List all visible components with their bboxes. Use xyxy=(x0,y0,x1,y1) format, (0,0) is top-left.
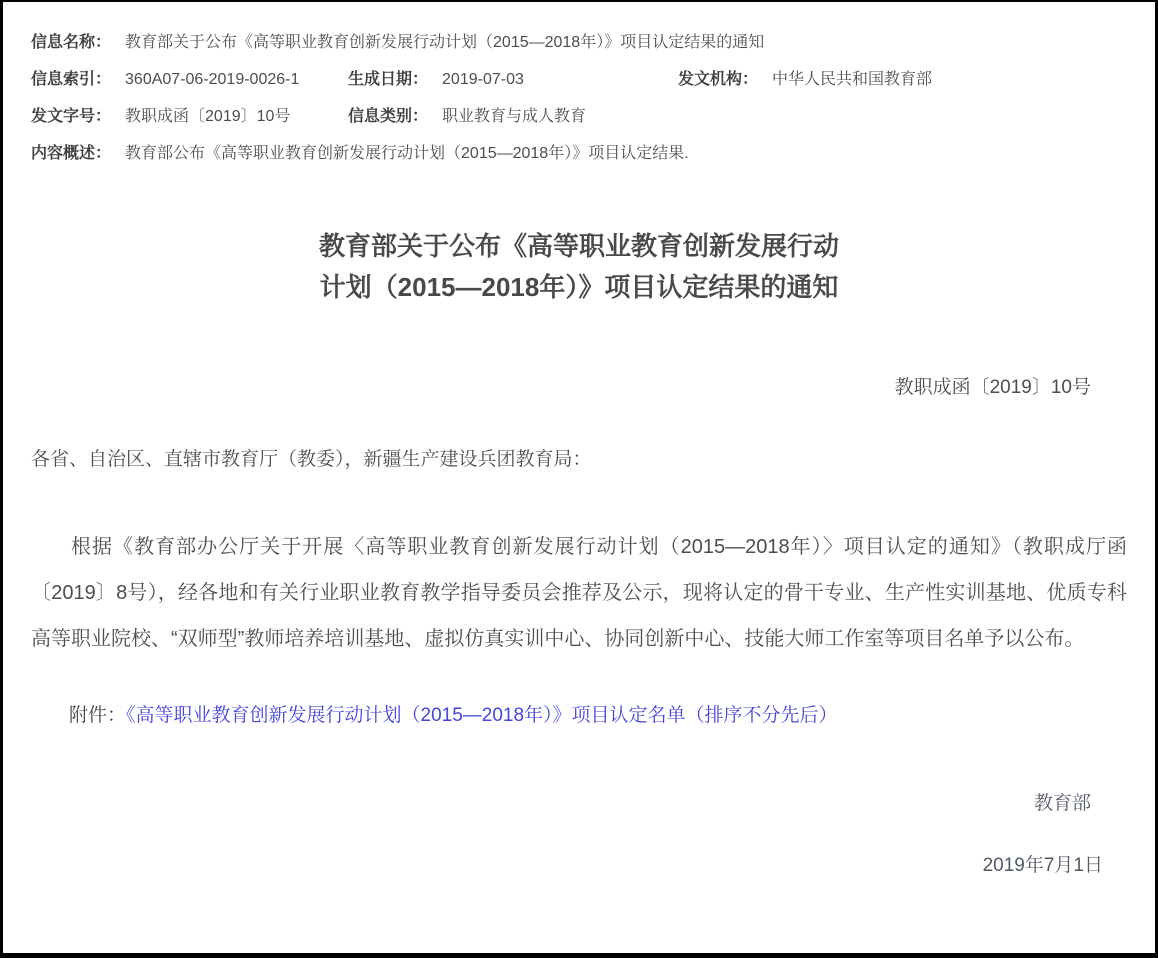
signer: 教育部 xyxy=(31,790,1127,818)
meta-value-summary: 教育部公布《高等职业教育创新发展行动计划（2015—2018年）》项目认定结果. xyxy=(125,135,689,172)
attachment-link[interactable]: 《高等职业教育创新发展行动计划（2015—2018年）》项目认定名单（排序不分先… xyxy=(126,705,838,726)
meta-pair-info-index: 信息索引： 360A07-06-2019-0026-1 xyxy=(31,61,348,98)
meta-label-doc-number: 发文字号： xyxy=(31,98,111,135)
meta-value-info-index: 360A07-06-2019-0026-1 xyxy=(125,61,299,98)
meta-value-generate-date: 2019-07-03 xyxy=(442,61,524,98)
document-date: 2019年7月1日 xyxy=(31,852,1127,880)
meta-value-issuing-agency: 中华人民共和国教育部 xyxy=(772,61,932,98)
meta-label-summary: 内容概述： xyxy=(31,135,111,172)
meta-label-info-name: 信息名称： xyxy=(31,24,111,61)
document-title-line1: 教育部关于公布《高等职业教育创新发展行动 xyxy=(319,231,839,261)
meta-value-info-name: 教育部关于公布《高等职业教育创新发展行动计划（2015—2018年）》项目认定结… xyxy=(125,24,764,61)
document-title: 教育部关于公布《高等职业教育创新发展行动 计划（2015—2018年）》项目认定… xyxy=(31,226,1127,308)
notice-document-page: 信息名称： 教育部关于公布《高等职业教育创新发展行动计划（2015—2018年）… xyxy=(0,0,1158,958)
meta-pair-summary: 内容概述： 教育部公布《高等职业教育创新发展行动计划（2015—2018年）》项… xyxy=(31,135,689,172)
document-reference-number: 教职成函〔2019〕10号 xyxy=(31,374,1127,402)
document-title-line2: 计划（2015—2018年）》项目认定结果的通知 xyxy=(320,272,839,302)
salutation: 各省、自治区、直辖市教育厅（教委），新疆生产建设兵团教育局： xyxy=(31,446,1127,474)
attachment-line: 附件：《高等职业教育创新发展行动计划（2015—2018年）》项目认定名单（排序… xyxy=(31,702,1127,730)
meta-pair-info-name: 信息名称： 教育部关于公布《高等职业教育创新发展行动计划（2015—2018年）… xyxy=(31,24,764,61)
meta-label-info-index: 信息索引： xyxy=(31,61,111,98)
meta-pair-issuing-agency: 发文机构： 中华人民共和国教育部 xyxy=(678,61,932,98)
meta-label-info-category: 信息类别： xyxy=(348,98,428,135)
attachment-label: 附件： xyxy=(69,705,126,726)
meta-label-generate-date: 生成日期： xyxy=(348,61,428,98)
document-metadata: 信息名称： 教育部关于公布《高等职业教育创新发展行动计划（2015—2018年）… xyxy=(31,24,1127,172)
meta-row-summary: 内容概述： 教育部公布《高等职业教育创新发展行动计划（2015—2018年）》项… xyxy=(31,135,1127,172)
meta-pair-info-category: 信息类别： 职业教育与成人教育 xyxy=(348,98,586,135)
meta-row-docnum-category: 发文字号： 教职成函〔2019〕10号 信息类别： 职业教育与成人教育 xyxy=(31,98,1127,135)
meta-value-info-category: 职业教育与成人教育 xyxy=(442,98,586,135)
meta-pair-generate-date: 生成日期： 2019-07-03 xyxy=(348,61,678,98)
meta-row-info-name: 信息名称： 教育部关于公布《高等职业教育创新发展行动计划（2015—2018年）… xyxy=(31,24,1127,61)
meta-label-issuing-agency: 发文机构： xyxy=(678,61,758,98)
meta-value-doc-number: 教职成函〔2019〕10号 xyxy=(125,98,290,135)
meta-row-index-date-agency: 信息索引： 360A07-06-2019-0026-1 生成日期： 2019-0… xyxy=(31,61,1127,98)
meta-pair-doc-number: 发文字号： 教职成函〔2019〕10号 xyxy=(31,98,348,135)
body-paragraph: 根据《教育部办公厅关于开展〈高等职业教育创新发展行动计划（2015—2018年）… xyxy=(31,524,1127,662)
